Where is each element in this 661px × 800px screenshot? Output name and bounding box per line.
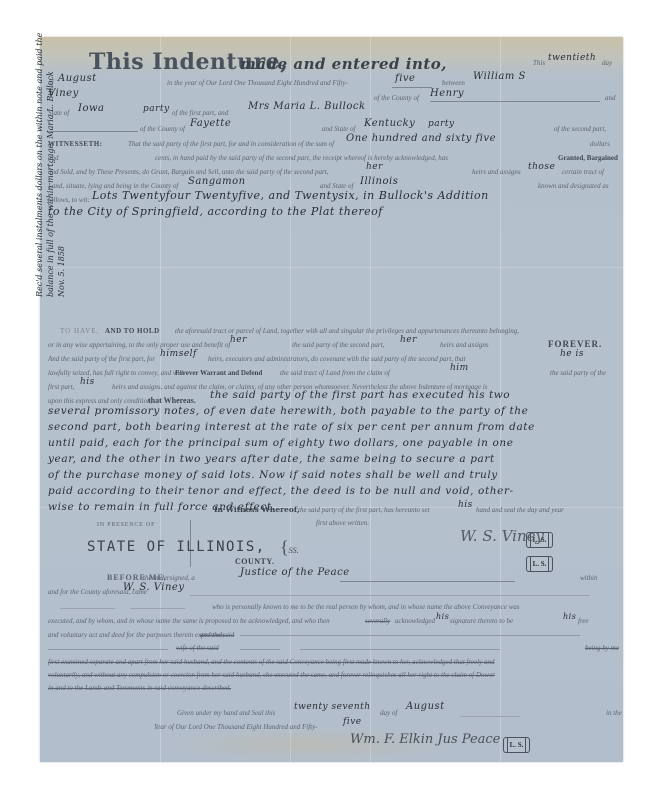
label: Granted, Bargained <box>558 154 618 162</box>
label: that Whereas. <box>148 396 196 405</box>
label: first part, <box>48 383 74 391</box>
fill-line <box>190 595 590 596</box>
party1-surname: Viney <box>48 88 79 99</box>
mortgage-condition-text: of the purchase money of said lots. Now … <box>48 469 498 481</box>
label: of the County of <box>374 94 419 102</box>
seal-box: L. S. <box>530 532 549 548</box>
label: of the first part, and <box>172 109 228 117</box>
label: him <box>450 363 469 373</box>
fill-line <box>392 87 432 88</box>
seal-label: L. S. <box>510 741 524 749</box>
mortgage-condition-text: second part, both bearing interest at th… <box>48 421 535 433</box>
label: free <box>578 617 589 625</box>
year-value: five <box>395 73 415 84</box>
county-heading: COUNTY. <box>235 557 274 566</box>
label: and <box>605 94 616 102</box>
party1-state: Iowa <box>78 103 105 114</box>
label: dollars <box>590 140 610 148</box>
label: executed, and by whom, and in whose name… <box>48 617 330 625</box>
label: her <box>400 335 417 345</box>
mortgage-condition-text: until paid, each for the principal sum o… <box>48 437 514 449</box>
label: State of <box>48 109 69 117</box>
label: This <box>533 59 545 67</box>
label: his <box>436 612 449 621</box>
given-year: five <box>343 717 362 727</box>
label: day of <box>380 709 397 717</box>
label: he is <box>560 349 584 359</box>
label: the aforesaid tract or parcel of Land, t… <box>175 327 519 335</box>
label: party <box>143 104 170 114</box>
label: certain tract of <box>562 168 604 176</box>
label: and Sold, and by These Presents, do Gran… <box>48 168 328 176</box>
label: and State of <box>322 125 355 133</box>
label: himself <box>160 349 197 359</box>
fill-line <box>240 635 580 636</box>
fill-line <box>48 649 168 650</box>
label: his <box>80 377 95 387</box>
label: the said party of the first part, has he… <box>298 506 430 514</box>
fill-line <box>430 101 600 102</box>
party2-name: Mrs Maria L. Bullock <box>248 101 366 112</box>
fold-line <box>40 267 623 268</box>
acknowledging-person: W. S. Viney <box>123 582 185 593</box>
label: the said tract of Land from the claim of <box>280 369 390 377</box>
label: who is personally known to me to be the … <box>212 603 520 611</box>
party1-county: Henry <box>430 88 464 99</box>
label: and <box>48 154 59 162</box>
label: Year of Our Lord One Thousand Eight Hund… <box>154 723 318 731</box>
label: heirs and assigns <box>440 341 489 349</box>
label: her <box>366 162 383 172</box>
mortgage-condition-text: year, and the other in two years after d… <box>48 453 495 465</box>
label: heirs and assigns <box>472 168 521 176</box>
label: the said party of the <box>550 369 606 377</box>
label: day <box>602 59 612 67</box>
label: and voluntary act and deed for the purpo… <box>48 631 225 639</box>
fill-line <box>240 649 280 650</box>
fill-line <box>60 608 115 609</box>
label: Forever Warrant and Defend <box>175 369 262 377</box>
struck-text: first examined separate and apart from h… <box>48 658 494 666</box>
label: his <box>563 612 576 621</box>
label: upon this express and only condition, <box>48 397 152 405</box>
ss-label: SS. <box>289 546 299 555</box>
label: lawfully seized, has full right to conve… <box>48 369 183 377</box>
habendum-heading: TO HAVE, <box>60 327 99 335</box>
struck-text: severally <box>365 617 390 625</box>
seal-label: L. S. <box>533 560 547 568</box>
mortgage-condition-text: several promissory notes, of even date h… <box>48 405 528 417</box>
label: those <box>528 162 555 172</box>
label: between <box>442 79 465 87</box>
label: of <box>48 79 53 87</box>
given-day: twenty seventh <box>294 702 371 712</box>
label: And the said party of the first part, fo… <box>48 355 155 363</box>
seal-label: L. S. <box>533 536 547 544</box>
forever-heading: FOREVER. <box>548 339 602 349</box>
label: party <box>428 119 455 129</box>
label: cents, in hand paid by the said party of… <box>155 154 448 162</box>
document-subtitle: made and entered into, <box>240 55 447 73</box>
label: Given under my hand and Seal this <box>177 709 275 717</box>
property-description: to the City of Springfield, according to… <box>48 205 383 218</box>
label: acknowledged <box>395 617 435 625</box>
label: follows, to wit: <box>48 196 90 204</box>
justice-signature: Wm. F. Elkin Jus Peace <box>350 732 500 747</box>
mortgage-condition-text: paid according to their tenor and effect… <box>48 485 514 497</box>
seal-box: L. S. <box>530 556 549 572</box>
struck-text: and the said <box>200 631 234 639</box>
fill-line <box>460 716 520 717</box>
day-value: twentieth <box>548 53 596 63</box>
struck-text: being by me <box>585 644 619 652</box>
party2-state: Kentucky <box>364 118 415 129</box>
party1-name: William S <box>473 71 526 82</box>
party2-county: Fayette <box>190 118 231 129</box>
seal-box: L. S. <box>507 737 526 753</box>
property-description: Lots Twentyfour Twentyfive, and Twentysi… <box>92 189 489 202</box>
given-month: August <box>406 701 445 712</box>
label: of the second part, <box>554 125 606 133</box>
label: heirs, executors and administrators, do … <box>208 355 466 363</box>
label: the undersigned, a <box>143 574 195 582</box>
sum-value: One hundred and sixty five <box>346 133 496 144</box>
fill-line <box>48 131 138 132</box>
in-presence-label: IN PRESENCE OF <box>97 522 155 528</box>
habendum-heading: AND TO HOLD <box>105 327 160 335</box>
witnesseth-heading: WITNESSETH: <box>48 140 103 148</box>
label: first above written. <box>316 519 369 527</box>
county-value: Sangamon <box>188 176 246 187</box>
fill-line <box>130 608 185 609</box>
mortgage-condition-text: the said party of the first part has exe… <box>210 389 510 401</box>
label: his <box>458 500 473 510</box>
fill-line <box>340 581 515 582</box>
fill-line <box>300 649 500 650</box>
label: signature thereto to be <box>450 617 513 625</box>
label: in the <box>606 709 622 717</box>
label: the said party of the second part, <box>292 341 384 349</box>
struck-text: in and to the Lands and Tenements in sai… <box>48 684 231 692</box>
label: known and designated as <box>538 182 609 190</box>
state-value: Illinois <box>360 176 398 187</box>
margin-note-line: Rec'd several instalments dollars on the… <box>34 33 45 297</box>
witness-heading: In Witness Whereof, <box>214 505 300 514</box>
label: of the County of <box>140 125 185 133</box>
label: or in any wise appertaining, to the only… <box>48 341 230 349</box>
officer-title: Justice of the Peace <box>240 567 350 578</box>
label: her <box>230 335 247 345</box>
ss-brace: {SS. <box>280 537 299 558</box>
struck-text: wife of the said <box>176 644 219 652</box>
label: That the said party of the first part, f… <box>128 140 334 148</box>
label: in the year of Our Lord One Thousand Eig… <box>167 79 348 87</box>
label: within <box>580 574 598 582</box>
struck-text: voluntarily, and without any compulsion … <box>48 671 495 679</box>
margin-note-line: balance in full of the within mortgage. … <box>45 33 56 297</box>
month-value: August <box>58 73 97 84</box>
label: hand and seal the day and year <box>476 506 564 514</box>
indenture-document: Rec'd several instalments dollars on the… <box>40 37 623 762</box>
state-heading: STATE OF ILLINOIS, <box>87 539 266 555</box>
